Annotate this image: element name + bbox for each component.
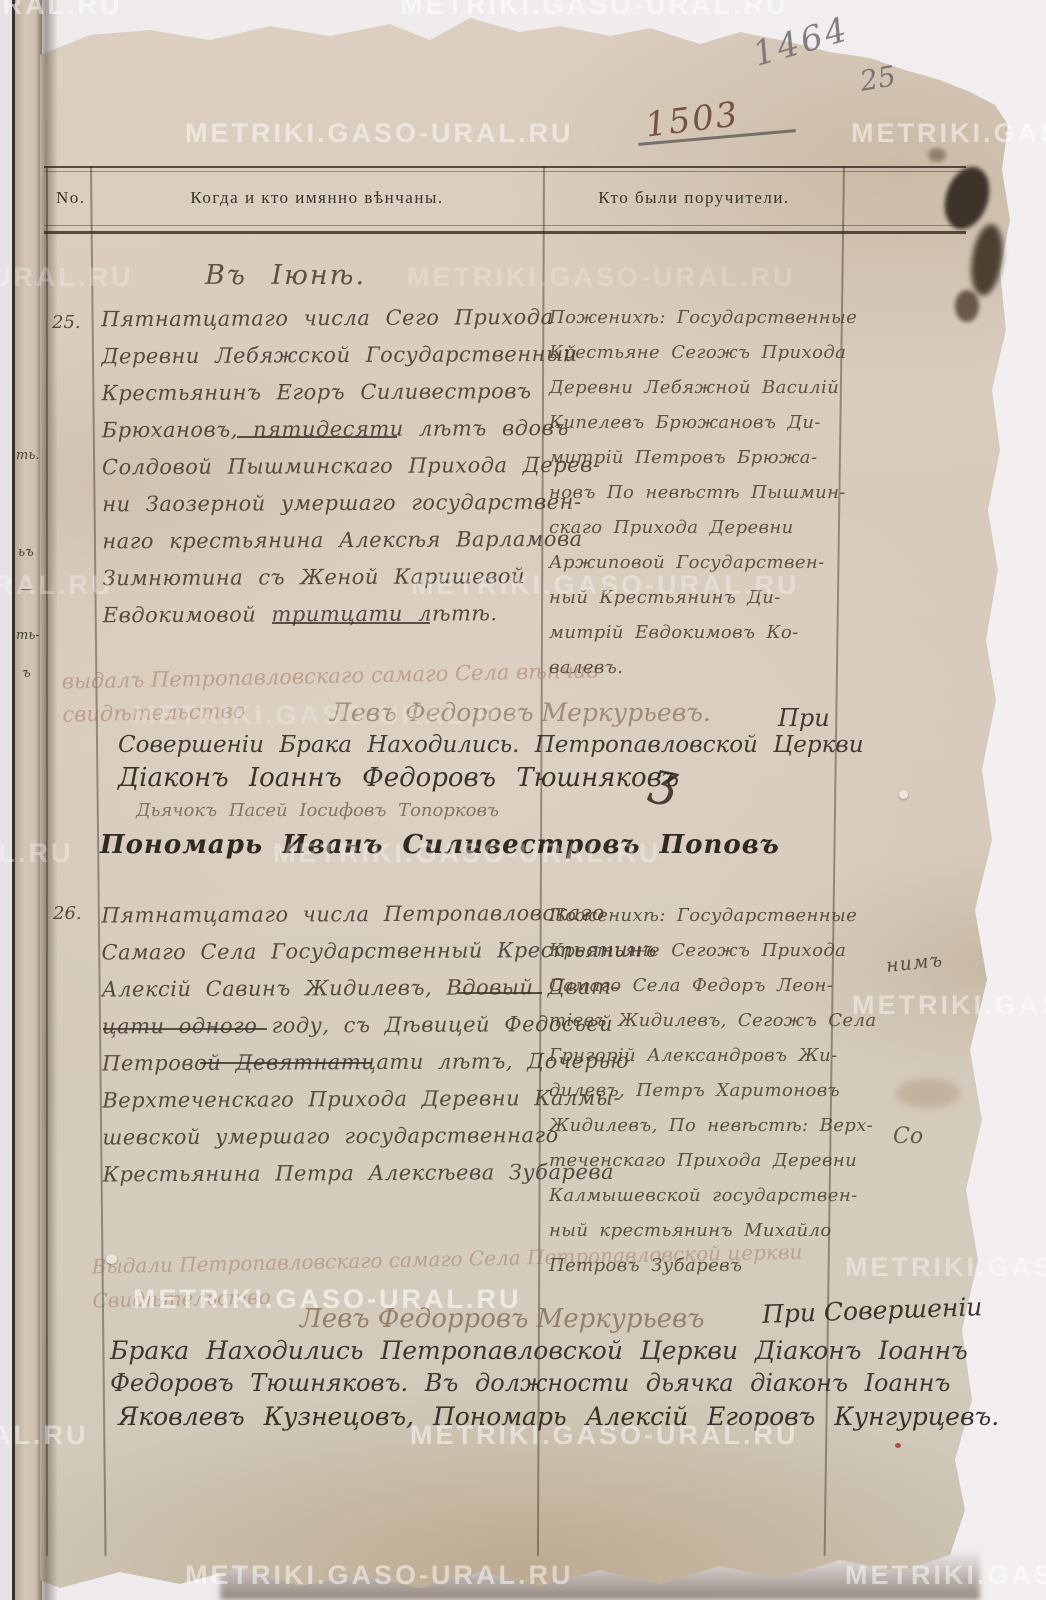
column-header-sureties: Кто были поручители. xyxy=(598,188,789,208)
handwritten-line: Григорій Александровъ Жи- xyxy=(549,1038,876,1073)
handwritten-line: Зимнютина съ Женой Каришевой xyxy=(102,558,601,598)
handwritten-line: дилевъ, Петръ Харитоновъ xyxy=(549,1073,876,1108)
handwritten-line: наго крестьянина Алексѣя Варламова xyxy=(102,521,601,561)
watermark: METRIKI.GASO-URAL.RU xyxy=(400,0,788,21)
signature-line: Федоровъ Тюшняковъ. Въ должности дьячка … xyxy=(110,1369,950,1397)
handwritten-line: Жидилевъ, По невѣстѣ: Верх- xyxy=(549,1108,876,1143)
handwritten-line: Поженихѣ: Государственные xyxy=(549,300,857,335)
handwritten-line: Деревни Лебяжской Государственный xyxy=(101,336,600,376)
column-header-number: No. xyxy=(56,188,86,208)
priest-signature-faded: Левъ Федорровъ Меркурьевъ xyxy=(300,1304,705,1334)
handwritten-line: скаго Прихода Деревни xyxy=(549,510,857,545)
entry-25-sureties-text: Поженихѣ: Государственные Крестьяне Сего… xyxy=(549,300,857,685)
handwritten-line: ный Крестьянинъ Ди- xyxy=(549,580,857,615)
handwritten-line: тіевъ Жидилевъ, Сегожъ Села xyxy=(549,1003,876,1038)
deacon-signature: Діаконъ Іоаннъ Федоровъ Тюшняковъ xyxy=(118,763,679,793)
handwritten-line: митрій Евдокимовъ Ко- xyxy=(549,615,857,650)
handwritten-line: Аржиповой Государствен- xyxy=(549,545,857,580)
handwritten-line: ни Заозерной умершаго государствен- xyxy=(102,484,601,524)
header-bottom-rule-thin xyxy=(44,225,966,226)
ponomar-signature: Пономарь Иванъ Силивестровъ Поповъ xyxy=(100,830,780,860)
underline-groom-age xyxy=(237,436,397,438)
signature-line: Яковлевъ Кузнецовъ, Пономарь Алексій Его… xyxy=(118,1402,999,1431)
sexton-signature: Дьячокъ Пасей Іосифовъ Топорковъ xyxy=(136,800,499,821)
handwritten-line: Брюхановъ, пятидесяти лѣтъ вдовъ xyxy=(102,410,601,450)
metric-book-scan-page: ть. ьъ — ть- ъ No. Когда и кто имянно вѣ… xyxy=(0,0,1046,1600)
entry-26-sureties-text: Поженихѣ: Государственные Крестьяне Сего… xyxy=(549,898,876,1283)
handwritten-line: Крестьяне Сегожъ Прихода xyxy=(549,335,857,370)
previous-page-text-fragment: ьъ xyxy=(18,545,34,560)
paper-hole xyxy=(899,790,908,799)
ink-stain xyxy=(928,148,946,162)
page-number-pencil: 25 xyxy=(857,59,898,98)
underline-groom-age-cont xyxy=(103,1028,267,1030)
paper-hole xyxy=(106,1254,117,1264)
red-speck xyxy=(895,1443,901,1448)
previous-page-text-fragment: — xyxy=(20,582,33,597)
right-margin-note: Со xyxy=(893,1124,923,1149)
entry-25-when-text: Пятнатцатаго числа Сего Прихода Деревни … xyxy=(101,299,601,635)
handwritten-line: новъ По невѣстѣ Пышмин- xyxy=(549,475,857,510)
handwritten-line: теченскаго Прихода Деревни xyxy=(549,1143,876,1178)
table-top-rule xyxy=(44,166,966,168)
handwritten-line: Самаго Села Федоръ Леон- xyxy=(549,968,876,1003)
month-heading: Въ Іюнѣ. xyxy=(205,260,366,291)
handwritten-line: Петровъ Зубаревъ xyxy=(549,1248,876,1283)
entry-26-number: 26. xyxy=(53,903,82,924)
handwritten-line: Поженихѣ: Государственные xyxy=(549,898,876,933)
priest-signature-faded: Левъ Федоровъ Меркурьевъ. xyxy=(330,698,711,727)
handwritten-line: ный крестьянинъ Михайло xyxy=(549,1213,876,1248)
signature-line: Совершеніи Брака Находились. Петропавлов… xyxy=(118,732,864,758)
handwritten-line: Деревни Лебяжной Василій xyxy=(549,370,857,405)
underline-groom-age xyxy=(458,992,542,994)
handwritten-line: митрій Петровъ Брюжа- xyxy=(549,440,857,475)
table-top-rule-thin xyxy=(44,171,966,172)
column-header-when-married: Когда и кто имянно вѣнчаны. xyxy=(190,188,443,208)
previous-page-text-fragment: ть- xyxy=(16,628,40,643)
ink-stain xyxy=(955,290,979,322)
handwritten-line: Крестьяне Сегожъ Прихода xyxy=(549,933,876,968)
signature-line: Брака Находились Петропавловской Церкви … xyxy=(110,1336,968,1365)
previous-page-text-fragment: ть. xyxy=(16,448,40,463)
handwritten-line: Кипелевъ Брюжановъ Ди- xyxy=(549,405,857,440)
table-left-border xyxy=(46,166,48,1556)
handwritten-line: Евдокимовой тритцати лѣтѣ. xyxy=(103,595,602,635)
handwritten-line: Пятнатцатаго числа Сего Прихода xyxy=(101,299,600,339)
handwritten-line: Калмышевской государствен- xyxy=(549,1178,876,1213)
previous-page-text-fragment: ъ xyxy=(22,666,31,681)
underline-bride-age xyxy=(272,622,430,624)
header-bottom-rule xyxy=(44,231,966,234)
paper-smudge xyxy=(896,1078,960,1108)
handwritten-line: Крестьянинъ Егоръ Силивестровъ xyxy=(102,373,601,413)
entry-25-number: 25. xyxy=(52,312,81,333)
underline-bride-age xyxy=(200,1062,372,1064)
signature-line-start: При xyxy=(778,704,830,732)
handwritten-line: валевъ. xyxy=(549,650,857,685)
handwritten-line: Солдовой Пышминскаго Прихода Дерев- xyxy=(102,447,601,487)
